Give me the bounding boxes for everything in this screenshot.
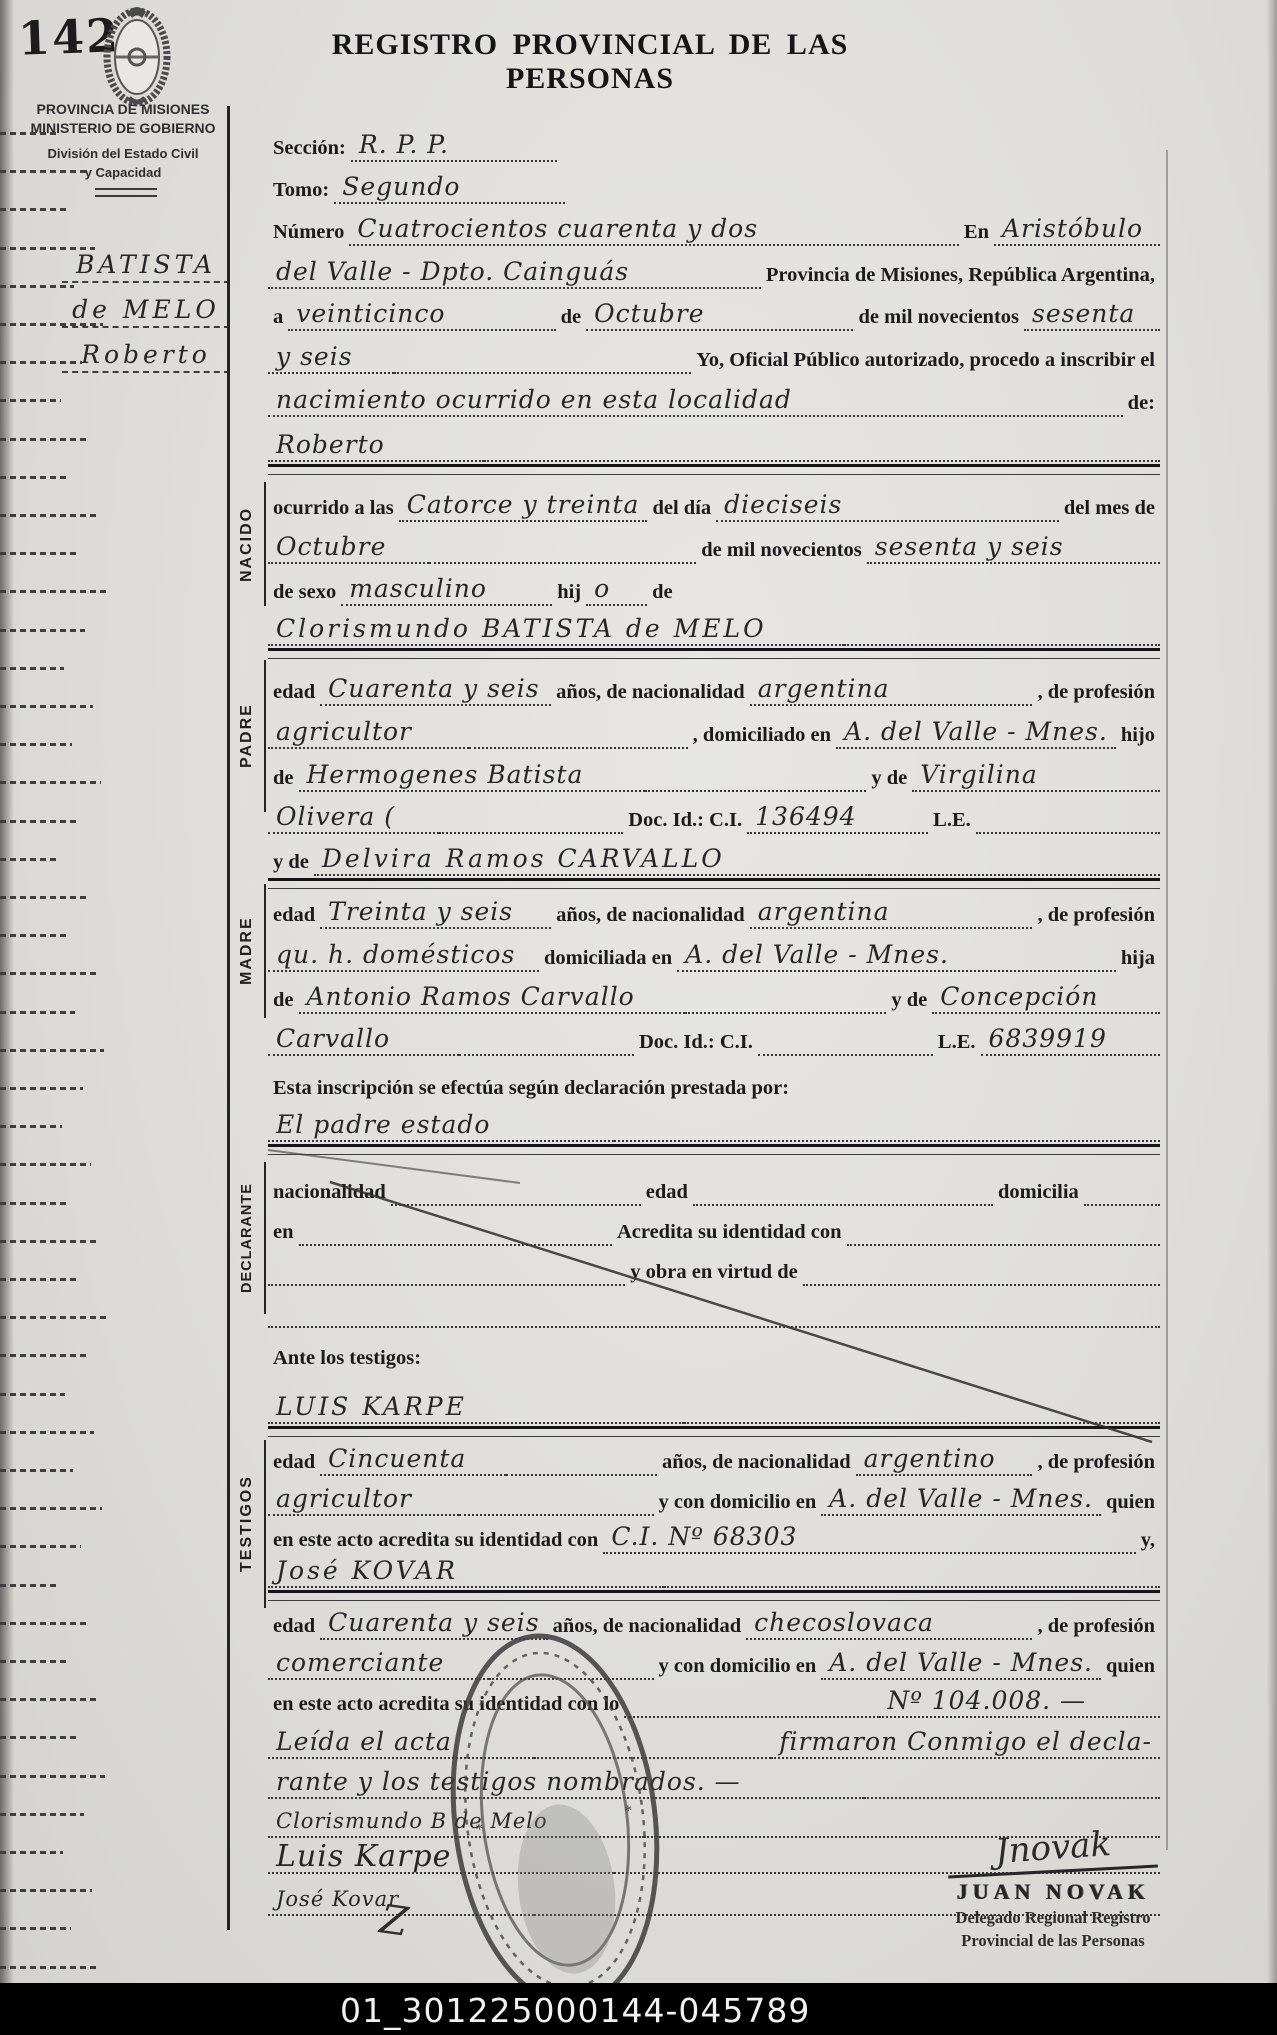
- margin-dash: [0, 1431, 94, 1434]
- handwritten-text: Segundo: [334, 172, 565, 204]
- scan-reference-code: 01_301225000144-045789: [340, 1991, 810, 2030]
- authority-line-3: División del Estado Civil: [26, 144, 220, 163]
- handwritten-text: y seis: [268, 342, 394, 374]
- printed-text: En: [959, 221, 994, 246]
- form-line-declarante-2: enAcredita su identidad con: [268, 1210, 1160, 1246]
- printed-text: Yo, Oficial Público autorizado, procedo …: [691, 349, 1160, 374]
- printed-text: años, de nacionalidad: [551, 681, 750, 706]
- fill-line: [870, 874, 1160, 876]
- form-line-madre-prof: qu. h. domésticosdomiciliada enA. del Va…: [268, 936, 1160, 972]
- handwritten-text: Cuatrocientos cuarenta y dos: [349, 214, 959, 246]
- margin-dash: [0, 514, 98, 517]
- handwritten-text: Cuarenta y seis: [320, 674, 551, 706]
- margin-dash: [0, 1240, 99, 1243]
- fill-line: [439, 832, 623, 834]
- form-line-testigo2-edad: edadCuarenta y seisaños, de nacionalidad…: [268, 1604, 1160, 1640]
- form-line-declarante-4: [268, 1292, 1160, 1328]
- fill-line: [685, 1012, 887, 1014]
- handwritten-text: Octubre: [586, 299, 853, 331]
- printed-text: del mes de: [1059, 497, 1160, 522]
- fill-line: [803, 1284, 1160, 1286]
- printed-text: de mil novecientos: [853, 306, 1024, 331]
- printed-text: domicilia: [993, 1181, 1084, 1206]
- margin-dash: [0, 208, 66, 211]
- margin-dash: [0, 743, 72, 746]
- printed-text: de:: [1123, 392, 1160, 417]
- handwritten-text: argentino: [856, 1444, 1033, 1476]
- margin-dash: [0, 1354, 86, 1357]
- printed-text: y de: [866, 767, 912, 792]
- margin-dash: [0, 1698, 97, 1701]
- handwritten-text: agricultor: [268, 717, 469, 749]
- handwritten-text: argentina: [750, 897, 1033, 929]
- section-divider-rule: [268, 464, 1160, 475]
- fill-line: [976, 832, 1160, 834]
- section-divider-rule: [268, 1426, 1160, 1437]
- printed-text: Tomo:: [268, 179, 334, 204]
- handwritten-text: dieciseis: [716, 490, 1059, 522]
- handwritten-text: Treinta y seis: [320, 897, 551, 929]
- handwritten-text: Concepción: [932, 982, 1160, 1014]
- handwritten-text: Octubre: [268, 532, 429, 564]
- handwritten-text: qu. h. domésticos: [268, 940, 539, 972]
- form-line-hora-dia: ocurrido a lasCatorce y treintadel díadi…: [268, 486, 1160, 522]
- printed-text: y,: [1136, 1529, 1160, 1554]
- section-divider-rule: [268, 1590, 1160, 1601]
- fill-line: [864, 1797, 1160, 1799]
- handwritten-text: C.I. Nº 68303: [603, 1522, 1135, 1554]
- margin-dash: [0, 667, 64, 670]
- form-left-border: [227, 106, 230, 1930]
- margin-dash: [0, 1622, 89, 1625]
- fill-line: [391, 1204, 641, 1206]
- section-label-nacido: NACIDO: [230, 482, 266, 606]
- printed-text: de: [268, 767, 299, 792]
- handwritten-text: Clorismundo BATISTA de MELO: [268, 614, 844, 646]
- margin-dash: [0, 1278, 78, 1281]
- printed-text: Doc. Id.: C.I.: [623, 809, 747, 834]
- margin-dash: [0, 1087, 83, 1090]
- form-line-cierre-1: Leída el actafirmaron Conmigo el decla-: [268, 1723, 1160, 1759]
- margin-dash: [0, 1316, 107, 1319]
- handwritten-text: Roberto: [268, 430, 484, 462]
- form-line-testigo1-nombre: LUIS KARPE: [268, 1388, 1160, 1424]
- margin-dash: [0, 1507, 102, 1510]
- form-line-testigo2-nombre: José KOVAR: [268, 1552, 1160, 1588]
- printed-text: de: [268, 989, 299, 1014]
- printed-text: hija: [1116, 947, 1160, 972]
- margin-dash: [0, 132, 58, 135]
- printed-text: de sexo: [268, 581, 341, 606]
- printed-text: ocurrido a las: [268, 497, 399, 522]
- fill-line: [693, 1204, 993, 1206]
- section-label-padre: PADRE: [230, 660, 266, 812]
- form-line-hecho: nacimiento ocurrido en esta localidadde:: [268, 381, 1160, 417]
- margin-dash: [0, 934, 67, 937]
- fill-line: [614, 1140, 1160, 1142]
- form-line-testigo1-doc: en este acto acredita su identidad conC.…: [268, 1518, 1160, 1554]
- fill-line: [469, 747, 688, 749]
- coat-of-arms-icon: [98, 2, 176, 108]
- margin-dash: [0, 1049, 104, 1052]
- printed-text: , domiciliado en: [688, 724, 836, 749]
- form-line-nombre-madre: y deDelvira Ramos CARVALLO: [268, 840, 1160, 876]
- printed-text: Sección:: [268, 137, 351, 162]
- form-line-testigo1-prof: agricultory con domicilio enA. del Valle…: [268, 1480, 1160, 1516]
- margin-dash: [0, 1545, 81, 1548]
- form-line-padre-edad: edadCuarenta y seisaños, de nacionalidad…: [268, 670, 1160, 706]
- section-divider-rule: [268, 648, 1160, 659]
- margin-dash: [0, 1125, 62, 1128]
- margin-dash: [0, 1813, 84, 1816]
- section-divider-rule: [268, 1144, 1160, 1155]
- handwritten-text: Catorce y treinta: [399, 490, 648, 522]
- section-divider-rule: [268, 878, 1160, 889]
- printed-text: del día: [647, 497, 716, 522]
- form-line-padre-abuela: Olivera (Doc. Id.: C.I.136494L.E.: [268, 798, 1160, 834]
- margin-dash: [0, 1889, 92, 1892]
- authority-line-2: MINISTERIO DE GOBIERNO: [26, 119, 220, 138]
- handwritten-text: Virgilina: [912, 760, 1160, 792]
- margin-dash: [0, 438, 90, 441]
- margin-dash: [0, 1469, 73, 1472]
- margin-dash: [0, 858, 59, 861]
- printed-text: a: [268, 306, 288, 331]
- printed-text: y de: [886, 989, 932, 1014]
- handwritten-text: 6839919: [981, 1024, 1160, 1056]
- printed-text: L.E.: [928, 809, 976, 834]
- printed-text: años, de nacionalidad: [551, 904, 750, 929]
- margin-dash: [0, 1775, 105, 1778]
- fill-line: [268, 1326, 1160, 1328]
- form-line-madre-abuela: CarvalloDoc. Id.: C.I.L.E.6839919: [268, 1020, 1160, 1056]
- printed-text: en este acto acredita su identidad con: [268, 1529, 603, 1554]
- form-line-fecha-acta: aveinticincodeOctubrede mil novecientoss…: [268, 295, 1160, 331]
- handwritten-text: LUIS KARPE: [268, 1392, 684, 1424]
- margin-dash: [0, 247, 95, 250]
- margin-dash: [0, 1736, 76, 1739]
- handwritten-text: argentina: [750, 674, 1033, 706]
- printed-text: años, de nacionalidad: [657, 1451, 856, 1476]
- margin-dash: [0, 399, 61, 402]
- handwritten-text: sesenta: [1024, 299, 1160, 331]
- section-label-declarante: DECLARANTE: [230, 1162, 266, 1314]
- margin-dash: [0, 629, 85, 632]
- printed-text: , de profesión: [1032, 1451, 1160, 1476]
- fill-line: [484, 460, 1160, 462]
- margin-dash: [0, 896, 88, 899]
- margin-dash: [0, 361, 82, 364]
- form-line-testigo2-doc: en este acto acredita su identidad con l…: [268, 1682, 1160, 1718]
- fill-line: [394, 372, 691, 374]
- form-line-declarado-por: El padre estado: [268, 1106, 1160, 1142]
- form-line-declarante-1: nacionalidadedaddomicilia: [268, 1170, 1160, 1206]
- handwritten-text: R. P. P.: [351, 130, 557, 162]
- authority-line-1: PROVINCIA DE MISIONES: [26, 100, 220, 119]
- handwritten-text: Carvallo: [268, 1024, 459, 1056]
- form-line-numero: NúmeroCuatrocientos cuarenta y dosEnAris…: [268, 210, 1160, 246]
- form-line-testigo1-edad: edadCincuentaaños, de nacionalidadargent…: [268, 1440, 1160, 1476]
- handwritten-text: nacimiento ocurrido en esta localidad: [268, 385, 1123, 417]
- scan-footer-bar: 01_301225000144-045789: [0, 1983, 1277, 2035]
- printed-text: y de: [268, 851, 314, 876]
- margin-dash: [0, 781, 101, 784]
- fill-line: [268, 1284, 625, 1286]
- printed-text: y con domicilio en: [654, 1491, 822, 1516]
- handwritten-text: checoslovaca: [746, 1608, 1032, 1640]
- fill-line: [664, 1586, 1160, 1588]
- margin-dash: [0, 1966, 100, 1969]
- fill-line: [506, 1474, 657, 1476]
- printed-text: L.E.: [933, 1031, 981, 1056]
- printed-text: edad: [641, 1181, 693, 1206]
- handwritten-text: Aristóbulo: [994, 214, 1160, 246]
- registrant-given-name: Roberto: [62, 340, 230, 373]
- fill-line: [847, 1244, 1160, 1246]
- printed-text: Ante los testigos:: [268, 1347, 426, 1372]
- registrar-block: Jnovak JUAN NOVAK Delegado Regional Regi…: [940, 1828, 1166, 1951]
- margin-dash: [0, 590, 106, 593]
- fill-line: [459, 1514, 654, 1516]
- printed-text: en: [268, 1221, 299, 1246]
- handwritten-text: masculino: [341, 574, 552, 606]
- handwritten-text: El padre estado: [268, 1110, 614, 1142]
- registrant-surname: BATISTA: [62, 250, 230, 283]
- margin-dash: [0, 1851, 63, 1854]
- printed-text: de: [647, 581, 678, 606]
- fill-line: [1084, 1204, 1160, 1206]
- margin-dash: [0, 1660, 68, 1663]
- handwritten-text: A. del Valle - Mnes.: [821, 1648, 1101, 1680]
- printed-text: nacionalidad: [268, 1181, 391, 1206]
- fill-line: [684, 1422, 1160, 1424]
- printed-text: Número: [268, 221, 349, 246]
- form-line-padre-prof: agricultor, domiciliado enA. del Valle -…: [268, 713, 1160, 749]
- margin-dash: [0, 1202, 70, 1205]
- form-line-testigos-heading: Ante los testigos:: [268, 1336, 1160, 1372]
- handwritten-text: o: [586, 574, 647, 606]
- printed-text: y obra en virtud de: [625, 1261, 802, 1286]
- handwritten-text: del Valle - Dpto. Cainguás: [268, 257, 761, 289]
- handwritten-text: A. del Valle - Mnes.: [836, 717, 1116, 749]
- handwritten-text: Hermogenes Batista: [299, 760, 645, 792]
- printed-text: quien: [1101, 1655, 1160, 1680]
- printed-text: Esta inscripción se efectúa según declar…: [268, 1077, 794, 1102]
- printed-text: de mil novecientos: [696, 539, 867, 564]
- margin-dash: [0, 1927, 71, 1930]
- handwritten-text: Antonio Ramos Carvallo: [299, 982, 685, 1014]
- handwritten-text: José KOVAR: [268, 1556, 664, 1588]
- printed-text: hij: [552, 581, 586, 606]
- printed-text: edad: [268, 904, 320, 929]
- printed-text: domiciliada en: [539, 947, 677, 972]
- oval-stamp: * *: [430, 1620, 680, 2020]
- margin-dash: [0, 972, 96, 975]
- margin-dash: [0, 1393, 65, 1396]
- margin-dash: [0, 170, 87, 173]
- form-line-declaracion-heading: Esta inscripción se efectúa según declar…: [268, 1066, 1160, 1102]
- printed-text: , de profesión: [1032, 1615, 1160, 1640]
- fill-line: [645, 790, 867, 792]
- handwritten-text: A. del Valle - Mnes.: [677, 940, 1116, 972]
- form-line-madre-edad: edadTreinta y seisaños, de nacionalidada…: [268, 893, 1160, 929]
- section-label-madre: MADRE: [230, 884, 266, 1018]
- printed-text: Acredita su identidad con: [612, 1221, 847, 1246]
- margin-dash: [0, 1163, 91, 1166]
- registrar-title-line1: Delegado Regional Registro: [940, 1908, 1166, 1928]
- margin-dash: [0, 1011, 75, 1014]
- printed-text: Doc. Id.: C.I.: [634, 1031, 758, 1056]
- handwritten-text: Delvira Ramos CARVALLO: [314, 844, 870, 876]
- printed-text: Provincia de Misiones, República Argenti…: [761, 264, 1160, 289]
- printed-text: , de profesión: [1032, 904, 1160, 929]
- printed-text: de: [556, 306, 587, 331]
- handwritten-text: sesenta y seis: [867, 532, 1160, 564]
- handwritten-text: A. del Valle - Mnes.: [821, 1484, 1101, 1516]
- form-line-nombre-padre: Clorismundo BATISTA de MELO: [268, 610, 1160, 646]
- fill-line: [299, 1244, 612, 1246]
- margin-dash: [0, 323, 103, 326]
- fill-line: [758, 1054, 933, 1056]
- authority-divider: [95, 188, 157, 197]
- form-line-fecha-acta-2: y seisYo, Oficial Público autorizado, pr…: [268, 338, 1160, 374]
- form-line-testigo2-prof: comerciantey con domicilio enA. del Vall…: [268, 1644, 1160, 1680]
- form-line-nombre-inscripto: Roberto: [268, 426, 1160, 462]
- handwritten-text: Cincuenta: [320, 1444, 506, 1476]
- printed-text: edad: [268, 681, 320, 706]
- fill-line: [459, 1054, 634, 1056]
- form-line-localidad: del Valle - Dpto. CainguásProvincia de M…: [268, 253, 1160, 289]
- fill-line: [429, 562, 696, 564]
- margin-dash: [0, 476, 69, 479]
- form-line-padre-abuelo: deHermogenes Batistay deVirgilina: [268, 756, 1160, 792]
- handwritten-text: agricultor: [268, 1484, 459, 1516]
- form-line-mes-anio: Octubrede mil novecientossesenta y seis: [268, 528, 1160, 564]
- printed-text: , de profesión: [1032, 681, 1160, 706]
- form-line-cierre-2: rante y los testigos nombrados. —: [268, 1763, 1160, 1799]
- form-right-border: [1166, 150, 1168, 1850]
- handwritten-text: veinticinco: [288, 299, 555, 331]
- form-line-sexo: de sexomasculinohijode: [268, 570, 1160, 606]
- form-line-madre-abuelo: deAntonio Ramos Carvalloy deConcepción: [268, 978, 1160, 1014]
- form-line-tomo: Tomo:Segundo: [268, 168, 1160, 204]
- section-label-testigos: TESTIGOS: [230, 1440, 266, 1608]
- handwritten-text: Nº 104.008. —: [879, 1686, 1160, 1718]
- margin-dash: [0, 552, 77, 555]
- handwritten-text: Olivera (: [268, 802, 439, 834]
- form-line-declarante-3: y obra en virtud de: [268, 1250, 1160, 1286]
- margin-dash: [0, 1584, 60, 1587]
- margin-dash: [0, 285, 74, 288]
- fill-line: [844, 644, 1160, 646]
- handwritten-text: firmaron Conmigo el decla-: [771, 1727, 1160, 1759]
- form-line-seccion: Sección:R. P. P.: [268, 126, 1160, 162]
- printed-text: quien: [1101, 1491, 1160, 1516]
- margin-dash: [0, 705, 93, 708]
- document-title: REGISTRO PROVINCIAL DE LAS PERSONAS: [290, 28, 890, 96]
- svg-text:*: *: [624, 1803, 634, 1821]
- registrar-title-line2: Provincial de las Personas: [940, 1931, 1166, 1951]
- registrar-name-stamp: JUAN NOVAK: [940, 1879, 1166, 1905]
- printed-text: edad: [268, 1451, 320, 1476]
- handwritten-text: 136494: [747, 802, 928, 834]
- printed-text: hijo: [1116, 724, 1160, 749]
- printed-text: edad: [268, 1615, 320, 1640]
- margin-dash: [0, 820, 80, 823]
